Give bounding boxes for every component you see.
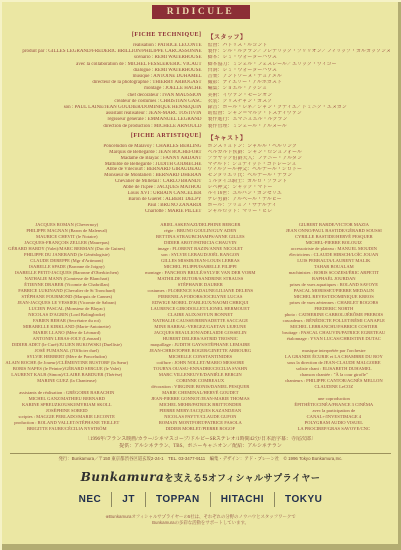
technique-japanese-column: 監督：パトリス・ルコント製作：ジル・ルグラン／フレデリック・ブリリオン／フィリッ…: [205, 43, 401, 130]
crew-credit-line: FABRICE LUKINAND (Chevalier de St Tronch…: [0, 288, 134, 294]
crew-credit-line: costumes : FLORENCE SADAUNE/LILIANE DELE…: [134, 288, 268, 294]
crew-credit-line: NATHALIE CAUSSE/BERNADETTE SACCAGE: [134, 318, 268, 324]
cast-french-column: Ponceludon de Malavoy : CHARLES BERLINGM…: [0, 144, 205, 215]
crew-credit-line: photo : CATHERINE CABROL/JÉRÔME PREBOIS: [267, 312, 401, 318]
official-supplier-title: Bunkamuraを支える5オフィシャルサプライヤー: [0, 468, 401, 486]
crew-credit-line: montage : FANCHON BRULÉ/SYLVIE VAN DER V…: [134, 270, 268, 276]
crew-credit-line: JEAN-CHRISTOPHE ROGER/GINETTE ARBOURG: [134, 348, 268, 354]
cast-header-ja: 【キャスト】: [205, 133, 401, 142]
crew-credit-line: production : ROLAND VALLET/STÉPHANE TEIL…: [0, 420, 134, 426]
staff-header-ja: 【スタッフ】: [205, 32, 401, 41]
cast-credit-line-ja: シャルロット：マリー・ピレ: [208, 209, 401, 215]
publisher-line: 発行：Bunkamura／〒150 東京都渋谷区道玄坂2-24-1 TEL. 0…: [0, 456, 401, 462]
crew-credit-line: cascadeurs : BÉNÉDICTE FOLLET/RÉMI CANAP…: [267, 318, 401, 324]
crew-credit-line: DIDIER MORLET/PIERRE ROGOF: [134, 426, 268, 432]
artistique-section-headers: [FICHE ARTISTIQUE] 【キャスト】: [0, 133, 401, 142]
film-spec-line: 〔1996年/フランス映画/カラー/シネマスコープ/ドルビーSRステレオ/1時間…: [0, 436, 401, 443]
footnote-line: Bunkamuraの多彩な活動をサポートしています。: [0, 520, 401, 526]
artistique-block: Ponceludon de Malavoy : CHARLES BERLINGM…: [0, 144, 401, 215]
crew-credit-line: assistants de réalisation : GRÉGOIRE BAR…: [0, 390, 134, 396]
film-spec-line: 提供：アルシネテラン、TBS、ポニーキャニオン／配給：アルシネテラン: [0, 443, 401, 450]
crew-credit-line: BRIGITTE FAURE/CÉCILIA NYSTRÖM: [0, 426, 134, 432]
crew-credit-line: LAURENT KALB (Simon)/CLAIRE BARDUER (Thé…: [0, 372, 134, 378]
sponsor-logo: JT: [111, 492, 145, 507]
sponsor-logo: NEC: [69, 492, 112, 507]
film-title: RIDICULE: [152, 5, 250, 19]
sponsor-logos-row: NECJTTOPPANHITACHITOKYU: [0, 492, 401, 507]
crew-credit-line: LAURENCE GIRODOLLET/LIONEL HERMOUET: [134, 306, 268, 312]
supplier-tagline: を支える5オフィシャルサプライヤー: [164, 473, 320, 483]
sponsor-logo: HITACHI: [210, 492, 274, 507]
crew-credit-line: bruitage : PASCAL CHAUVIN/PATRICE EGRETE…: [267, 330, 401, 336]
crew-credit-line: TOURYA OUASU-ENNADRE/CECILIA SVAHN: [134, 366, 268, 372]
crew-credit-line: décoration : VIRGINIE BONIS/DANIEL PESQU…: [134, 384, 268, 390]
crew-column-3: GILBERT BARDE/VICTOR MAZIAJEAN ONNO/PAUL…: [267, 222, 401, 432]
crew-credit-line: DIDIER ADET (le Curé)/JULIEN BUKOWSKI (D…: [0, 342, 134, 348]
crew-credit-line: ISABELLE PETIT-JACQUES (Baronne d'Oberki…: [0, 270, 134, 276]
technique-credit-line: direction de production : MICHÈLE ARNOUL…: [0, 124, 202, 130]
crew-column-2: ARIEL ASKENAZI/DELPHINE BERGERrégie : BR…: [134, 222, 268, 432]
fiche-artistique-header: [FICHE ARTISTIQUE]: [0, 133, 205, 142]
crew-credit-line: BORIS NAPES (le Peintre)/GÉRARD SERGUE (…: [0, 366, 134, 372]
technique-credit-line-ja: 製作管理：ミシェール・アルヌール: [208, 124, 401, 130]
supplier-footnotes: ※Bunkamuraオフィシャルサプライヤーの5社は、それぞれの分野のノウハウと…: [0, 514, 401, 526]
divider-line: [10, 453, 391, 454]
crew-credit-line: scriptes : MAGGIE PERLADO/MARIE LECONTE: [0, 414, 134, 420]
crew-column-1: JACQUES ROMAN (Chevernoy)PHILIPPE MAGNAN…: [0, 222, 134, 432]
crew-credit-line: étalonnage : YVAN LUCAS/CHRISTINE DUTAC: [267, 336, 401, 342]
crew-credit-line: JEAN ONNO/PAUL BASTIDE/GÉRARD SOUSSI: [267, 228, 401, 234]
sponsor-logo: TOKYU: [274, 492, 332, 507]
crew-credit-line: maquillage : JUDITH GAYS/STÉPHANE LEMAIR…: [134, 342, 268, 348]
program-page: RIDICULE [FICHE TECHNIQUE] 【スタッフ】 réalis…: [0, 0, 401, 550]
crew-credit-line: JEAN-PIERRE GONNOT/JEAN-MARIE THOMAS: [134, 396, 268, 402]
crew-credit-line: LA PROCIREP/GRAS SAVOYE/CNC: [267, 426, 401, 432]
technique-section-headers: [FICHE TECHNIQUE] 【スタッフ】: [0, 32, 401, 41]
crew-credit-line: ALAIN ROCHE (le Joueur)/CLÉMENTINE BUSTO…: [0, 360, 134, 366]
technique-block: réalisation : PATRICE LECONTEproduit par…: [0, 43, 401, 130]
crew-credit-line: JEAN-JACQUES LE VESSIER (Vicomte de Sabr…: [0, 300, 134, 306]
crew-credit-line: EDWIGE MOREL D'ARLEUX/NAOMI CHRIQUI: [134, 300, 268, 306]
crew-credit-line: sous la direction de JEAN-CLAUDE MALGOIR…: [267, 360, 401, 366]
cast-japanese-column: ポンスリュドン：シャルル・ベルリングベルガルド侯爵：ジャン・ロシュフォールブラヤ…: [205, 144, 401, 215]
fiche-technique-header: [FICHE TECHNIQUE]: [0, 32, 205, 41]
cast-credit-line: Charlotte : MARIE PILLET: [0, 209, 202, 215]
sponsor-logo: TOPPAN: [145, 492, 210, 507]
crew-credit-line: chanteurs : PHILIPPE CANTOR/AGNÈS MELLON: [267, 378, 401, 384]
crew-credits-block: JACQUES ROMAN (Chevernoy)PHILIPPE MAGNAN…: [0, 222, 401, 432]
film-spec-notes: 〔1996年/フランス映画/カラー/シネマスコープ/ドルビーSRステレオ/1時間…: [0, 436, 401, 450]
technique-french-column: réalisation : PATRICE LECONTEproduit par…: [0, 43, 205, 130]
bunkamura-logo: Bunkamura: [81, 470, 165, 484]
crew-credit-line: LA GRANDE ÉCURIE et LA CHAMBRE DU ROY: [267, 354, 401, 360]
crew-credit-line: GÉRARD HARDY (Valet)/MARC BERMAN (Duc de…: [0, 246, 134, 252]
